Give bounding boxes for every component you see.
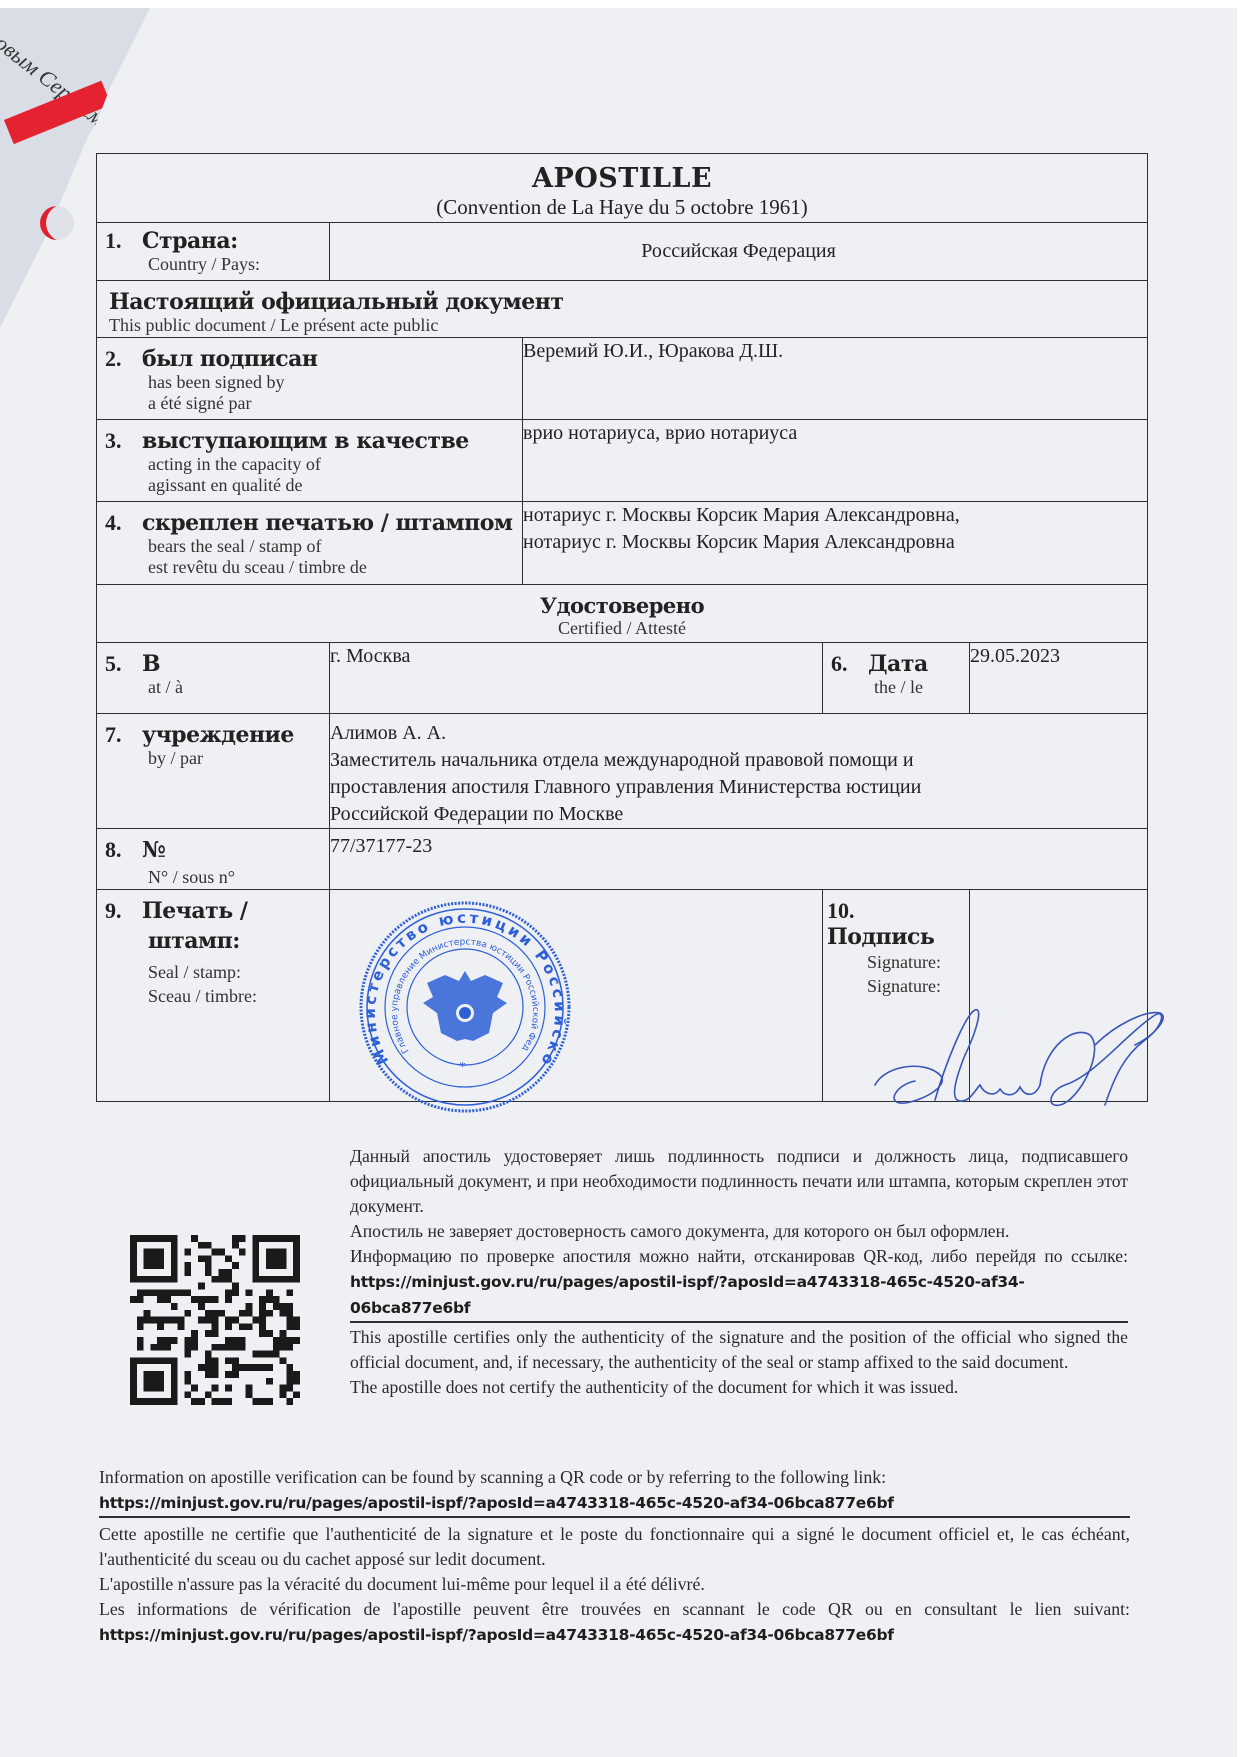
note-fr-verification: Les informations de vérification de l'ap… (99, 1597, 1130, 1648)
country-value: Российская Федерация (330, 223, 1148, 281)
apostille-title: APOSTILLE (97, 154, 1147, 194)
date-value: 29.05.2023 (970, 643, 1148, 714)
note-en-limitation: The apostille does not certify the authe… (350, 1375, 1128, 1400)
verification-link-en[interactable]: https://minjust.gov.ru/ru/pages/apostil-… (99, 1494, 894, 1512)
qr-code-icon[interactable] (130, 1235, 300, 1405)
place-value: г. Москва (330, 643, 823, 714)
note-en-verification-block: Information on apostille verification ca… (99, 1465, 1130, 1648)
place-label-cell: 5.В at / à (97, 643, 330, 714)
note-ru-verification: Информацию по проверке апостиля можно на… (350, 1244, 1128, 1323)
note-en-scope: This apostille certifies only the authen… (350, 1325, 1128, 1375)
verification-link-ru[interactable]: https://minjust.gov.ru/ru/pages/apostil-… (350, 1273, 1025, 1317)
note-ru-scope: Данный апостиль удостоверяет лишь подлин… (350, 1144, 1128, 1219)
number-label-cell: 8.№ N° / sous n° (97, 829, 330, 890)
note-fr-limitation: L'apostille n'assure pas la véracité du … (99, 1572, 1130, 1597)
date-label-cell: 6.Дата the / le (823, 643, 970, 714)
note-ru-limitation: Апостиль не заверяет достоверность самог… (350, 1219, 1128, 1244)
authority-label-cell: 7.учреждение by / par (97, 714, 330, 829)
apostille-subtitle: (Convention de La Haye du 5 octobre 1961… (97, 194, 1147, 222)
country-label: Страна: (142, 228, 238, 254)
note-en-verification: Information on apostille verification ca… (99, 1465, 1130, 1490)
number-value: 77/37177-23 (330, 829, 1148, 890)
official-stamp-icon: Министерство юстиции Российской Федераци… (349, 901, 581, 1113)
capacity-value: врио нотариуса, врио нотариуса (523, 420, 1148, 502)
signed-by-label-cell: 2.был подписан has been signed by a été … (97, 338, 523, 420)
apostille-header: APOSTILLE (Convention de La Haye du 5 oc… (97, 154, 1148, 223)
apostille-table: APOSTILLE (Convention de La Haye du 5 oc… (96, 153, 1148, 1102)
certified-row: Удостоверено Certified / Attesté (97, 585, 1148, 643)
svg-text:*: * (459, 1060, 466, 1075)
note-fr-scope: Cette apostille ne certifie que l'authen… (99, 1522, 1130, 1572)
signed-by-value: Веремий Ю.И., Юракова Д.Ш. (523, 338, 1148, 420)
authority-value: Алимов А. А. Заместитель начальника отде… (330, 714, 1148, 829)
verification-link-fr[interactable]: https://minjust.gov.ru/ru/pages/apostil-… (99, 1626, 894, 1644)
seal-of-value: нотариус г. Москвы Корсик Мария Александ… (523, 502, 1148, 585)
capacity-label-cell: 3.выступающим в качестве acting in the c… (97, 420, 523, 502)
binding-hole (40, 206, 74, 240)
seal-of-label-cell: 4.скреплен печатью / штампом bears the s… (97, 502, 523, 585)
seal-label-cell: 9.Печать / штамп: Seal / stamp: Sceau / … (97, 890, 330, 1102)
handwritten-signature-icon (865, 1005, 1185, 1115)
country-label-cell: 1.Страна: Country / Pays: (97, 223, 330, 281)
verification-link-en-row: https://minjust.gov.ru/ru/pages/apostil-… (99, 1490, 1130, 1518)
public-document-row: Настоящий официальный документ This publ… (97, 281, 1148, 338)
notes-block: Данный апостиль удостоверяет лишь подлин… (350, 1144, 1128, 1400)
